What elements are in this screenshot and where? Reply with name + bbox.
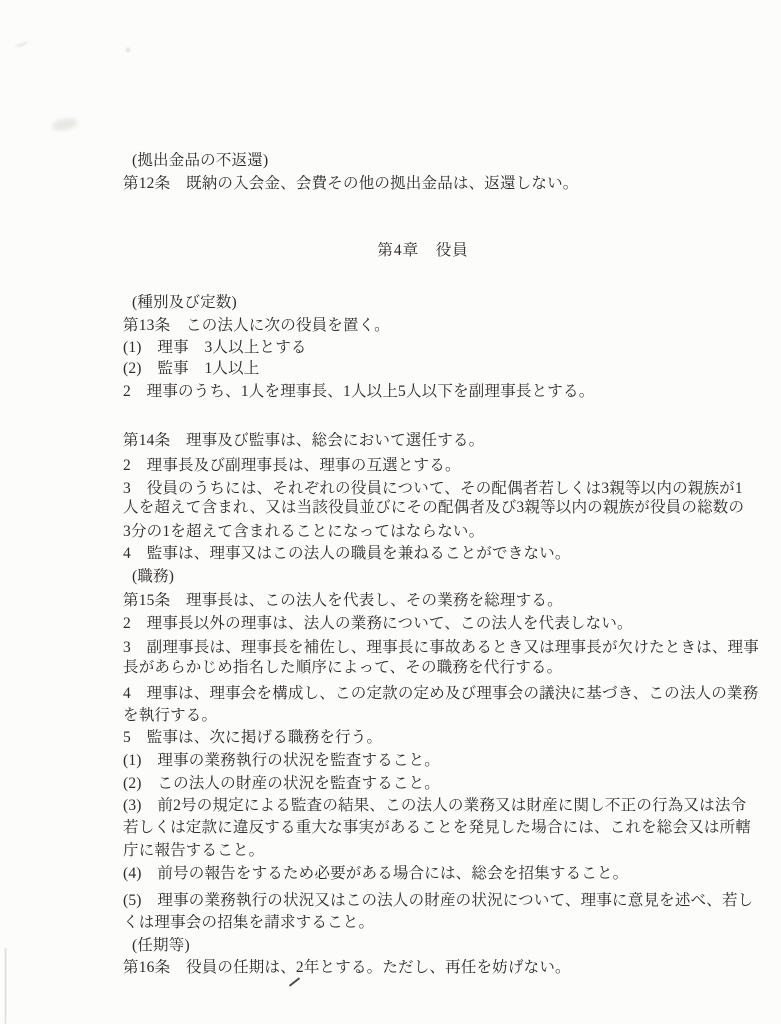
body-text-line: を執行する。 <box>123 705 723 727</box>
body-text-line: 4 理事は、理事会を構成し、この定款の定め及び理事会の議決に基づき、この法人の業… <box>123 683 723 705</box>
body-text-line: 2 理事長以外の理事は、法人の業務について、この法人を代表しない。 <box>123 613 723 635</box>
body-text-line: 3 副理事長は、理事長を補佐し、理事長に事故あるとき又は理事長が欠けたときは、理… <box>123 637 723 659</box>
section-caption: (種別及び定数) <box>123 292 732 314</box>
body-text-line: 第14条 理事及び監事は、総会において選任する。 <box>123 430 723 452</box>
body-text-line: 2 理事のうち、1人を理事長、1人以上5人以下を副理事長とする。 <box>123 381 723 403</box>
scanned-document-page: (拠出金品の不返還)第12条 既納の入会金、会費その他の拠出金品は、返還しない。… <box>0 0 781 1024</box>
chapter-heading: 第4章 役員 <box>123 240 723 262</box>
body-text-line: (2) 監事 1人以上 <box>123 358 723 380</box>
body-text-line: 5 監事は、次に掲げる職務を行う。 <box>123 727 723 749</box>
section-caption: (任期等) <box>123 935 732 957</box>
section-caption: (拠出金品の不返還) <box>123 150 732 172</box>
body-text-line: 第16条 役員の任期は、2年とする。ただし、再任を妨げない。 <box>123 957 723 979</box>
body-text-line: 長があらかじめ指名した順序によって、その職務を代行する。 <box>123 657 723 679</box>
body-text-line: 若しくは定款に違反する重大な事実があることを発見した場合には、これを総会又は所轄 <box>123 817 723 839</box>
body-text-line: 第12条 既納の入会金、会費その他の拠出金品は、返還しない。 <box>123 173 723 195</box>
body-text-line: (1) 理事の業務執行の状況を監査すること。 <box>123 750 723 772</box>
body-text-line: (1) 理事 3人以上とする <box>123 337 723 359</box>
body-text-line: (4) 前号の報告をするため必要がある場合には、総会を招集すること。 <box>123 863 723 885</box>
section-caption: (職務) <box>123 566 732 588</box>
body-text-line: (2) この法人の財産の状況を監査すること。 <box>123 773 723 795</box>
scan-smudge-artifact <box>13 36 29 48</box>
body-text-line: 人を超えて含まれ、又は当該役員並びにその配偶者及び3親等以内の親族が役員の総数の <box>123 497 723 519</box>
scan-edge-artifact <box>5 948 6 1024</box>
body-text-line: 3分の1を超えて含まれることになってはならない。 <box>123 521 723 543</box>
body-text-line: 2 理事長及び副理事長は、理事の互選とする。 <box>123 455 723 477</box>
body-text-line: (5) 理事の業務執行の状況又はこの法人の財産の状況について、理事に意見を述べ、… <box>123 890 723 912</box>
body-text-line: 4 監事は、理事又はこの法人の職員を兼ねることができない。 <box>123 543 723 565</box>
scan-speck-artifact <box>126 48 130 52</box>
scan-smudge-artifact <box>51 116 79 132</box>
body-text-line: 庁に報告すること。 <box>123 840 723 862</box>
body-text-line: 第13条 この法人に次の役員を置く。 <box>123 315 723 337</box>
body-text-line: くは理事会の招集を請求すること。 <box>123 912 723 934</box>
body-text-line: (3) 前2号の規定による監査の結果、この法人の業務又は財産に関し不正の行為又は… <box>123 795 723 817</box>
body-text-line: 第15条 理事長は、この法人を代表し、その業務を総理する。 <box>123 590 723 612</box>
